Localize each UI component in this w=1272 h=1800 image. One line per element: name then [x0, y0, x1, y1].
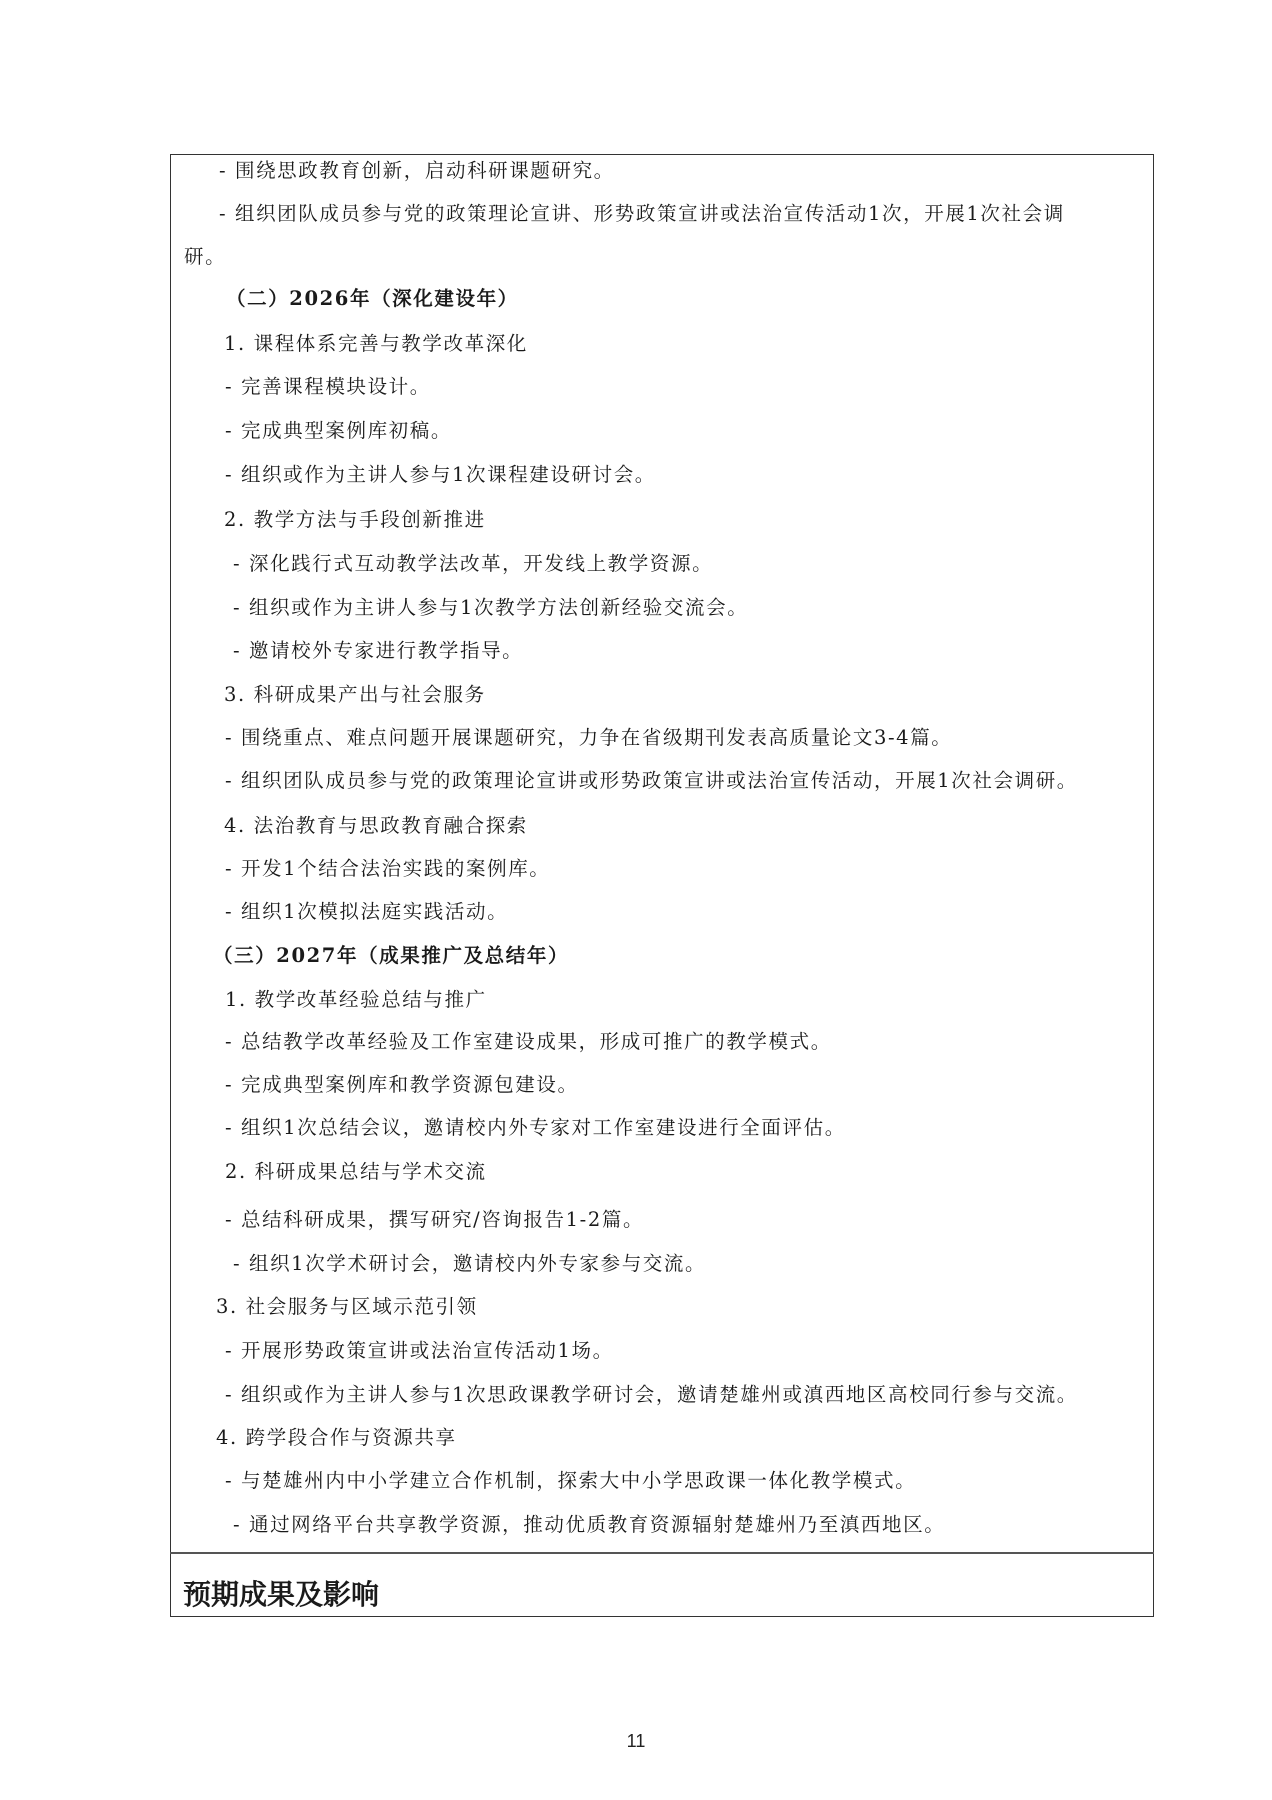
bullet-line: - 总结科研成果，撰写研究/咨询报告1-2篇。 — [225, 1208, 644, 1232]
bullet-line: - 总结教学改革经验及工作室建设成果，形成可推广的教学模式。 — [225, 1030, 832, 1054]
item-heading: 1. 课程体系完善与教学改革深化 — [224, 332, 528, 356]
bullet-line: - 组织团队成员参与党的政策理论宣讲或形势政策宣讲或法治宣传活动，开展1次社会调… — [225, 769, 1078, 793]
phase-heading-2026: （二）2026年（深化建设年） — [226, 287, 519, 311]
bullet-line: - 邀请校外专家进行教学指导。 — [233, 639, 523, 663]
bullet-line: - 深化践行式互动教学法改革，开发线上教学资源。 — [233, 552, 713, 576]
bullet-line: - 组织1次模拟法庭实践活动。 — [225, 900, 508, 924]
bullet-line: - 完善课程模块设计。 — [225, 375, 431, 399]
item-heading: 1. 教学改革经验总结与推广 — [225, 988, 487, 1012]
item-heading: 3. 科研成果产出与社会服务 — [224, 683, 486, 707]
section-title-expected-outcomes: 预期成果及影响 — [183, 1578, 379, 1612]
bullet-line: - 组织或作为主讲人参与1次课程建设研讨会。 — [225, 463, 656, 487]
bullet-line: - 开展形势政策宣讲或法治宣传活动1场。 — [225, 1339, 614, 1363]
bullet-line: - 组织或作为主讲人参与1次思政课教学研讨会，邀请楚雄州或滇西地区高校同行参与交… — [225, 1383, 1078, 1407]
bullet-line: - 围绕思政教育创新，启动科研课题研究。 — [219, 159, 615, 183]
phase-heading-2027: （三）2027年（成果推广及总结年） — [213, 944, 569, 968]
bullet-line: - 组织1次学术研讨会，邀请校内外专家参与交流。 — [233, 1252, 706, 1276]
item-heading: 2. 科研成果总结与学术交流 — [225, 1160, 487, 1184]
bullet-line: - 完成典型案例库初稿。 — [225, 419, 452, 443]
bullet-line: - 组织1次总结会议，邀请校内外专家对工作室建设进行全面评估。 — [225, 1116, 846, 1140]
item-heading: 4. 跨学段合作与资源共享 — [216, 1426, 457, 1450]
bullet-line: - 组织团队成员参与党的政策理论宣讲、形势政策宣讲或法治宣传活动1次，开展1次社… — [219, 202, 1065, 226]
continuation-line: 研。 — [184, 245, 226, 269]
bullet-line: - 开发1个结合法治实践的案例库。 — [225, 857, 550, 881]
bullet-line: - 与楚雄州内中小学建立合作机制，探索大中小学思政课一体化教学模式。 — [225, 1469, 916, 1493]
item-heading: 3. 社会服务与区域示范引领 — [216, 1295, 478, 1319]
bullet-line: - 通过网络平台共享教学资源，推动优质教育资源辐射楚雄州乃至滇西地区。 — [233, 1513, 945, 1537]
bullet-line: - 围绕重点、难点问题开展课题研究，力争在省级期刊发表高质量论文3-4篇。 — [225, 726, 952, 750]
bullet-line: - 组织或作为主讲人参与1次教学方法创新经验交流会。 — [233, 596, 748, 620]
bullet-line: - 完成典型案例库和教学资源包建设。 — [225, 1073, 579, 1097]
item-heading: 2. 教学方法与手段创新推进 — [224, 508, 486, 532]
item-heading: 4. 法治教育与思政教育融合探索 — [224, 814, 528, 838]
table-row-divider — [170, 1552, 1154, 1554]
page-number: 11 — [0, 1731, 1272, 1752]
